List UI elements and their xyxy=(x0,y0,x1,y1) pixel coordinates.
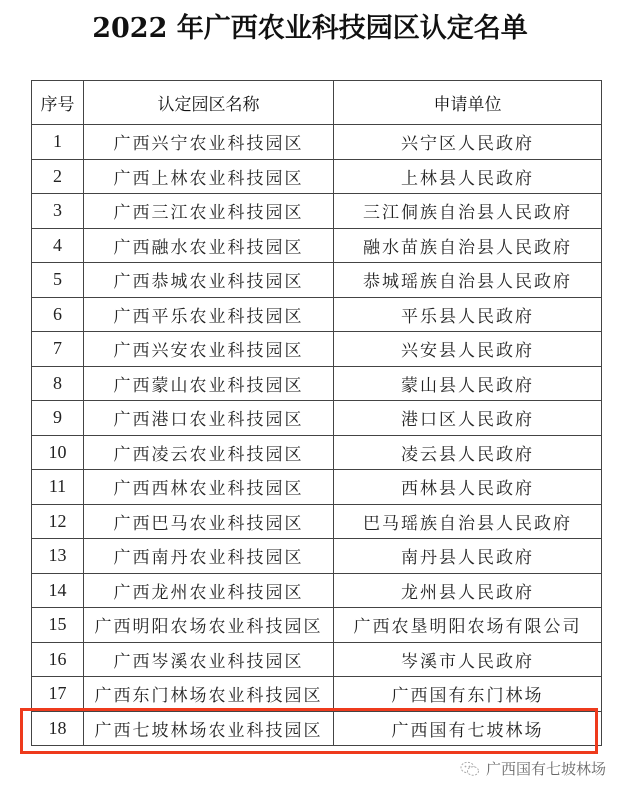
row-number: 3 xyxy=(32,194,84,229)
park-name-cell: 广西七坡林场农业科技园区 xyxy=(84,711,334,746)
table-row: 6广西平乐农业科技园区平乐县人民政府 xyxy=(32,297,602,332)
applicant-cell: 恭城瑶族自治县人民政府 xyxy=(334,263,602,298)
applicant-cell: 蒙山县人民政府 xyxy=(334,366,602,401)
park-name-cell: 广西蒙山农业科技园区 xyxy=(84,366,334,401)
header-number: 序号 xyxy=(32,81,84,125)
table-row: 3广西三江农业科技园区三江侗族自治县人民政府 xyxy=(32,194,602,229)
table-row: 5广西恭城农业科技园区恭城瑶族自治县人民政府 xyxy=(32,263,602,298)
applicant-cell: 三江侗族自治县人民政府 xyxy=(334,194,602,229)
applicant-cell: 上林县人民政府 xyxy=(334,159,602,194)
watermark-text: 广西国有七坡林场 xyxy=(486,758,606,779)
table-header-row: 序号 认定园区名称 申请单位 xyxy=(32,81,602,125)
row-number: 7 xyxy=(32,332,84,367)
park-name-cell: 广西龙州农业科技园区 xyxy=(84,573,334,608)
row-number: 5 xyxy=(32,263,84,298)
row-number: 1 xyxy=(32,125,84,160)
row-number: 13 xyxy=(32,539,84,574)
applicant-cell: 广西农垦明阳农场有限公司 xyxy=(334,608,602,643)
park-name-cell: 广西上林农业科技园区 xyxy=(84,159,334,194)
row-number: 17 xyxy=(32,677,84,712)
park-list-table: 序号 认定园区名称 申请单位 1广西兴宁农业科技园区兴宁区人民政府2广西上林农业… xyxy=(31,80,602,746)
park-name-cell: 广西融水农业科技园区 xyxy=(84,228,334,263)
table-row: 11广西西林农业科技园区西林县人民政府 xyxy=(32,470,602,505)
row-number: 12 xyxy=(32,504,84,539)
applicant-cell: 龙州县人民政府 xyxy=(334,573,602,608)
header-park-name: 认定园区名称 xyxy=(84,81,334,125)
document-title: 2022 年广西农业科技园区认定名单 xyxy=(0,6,620,45)
row-number: 8 xyxy=(32,366,84,401)
table-row: 15广西明阳农场农业科技园区广西农垦明阳农场有限公司 xyxy=(32,608,602,643)
table-row: 16广西岑溪农业科技园区岑溪市人民政府 xyxy=(32,642,602,677)
table-row: 14广西龙州农业科技园区龙州县人民政府 xyxy=(32,573,602,608)
park-name-cell: 广西三江农业科技园区 xyxy=(84,194,334,229)
watermark: 广西国有七坡林场 xyxy=(460,758,606,779)
wechat-icon xyxy=(460,761,480,777)
table-row: 12广西巴马农业科技园区巴马瑶族自治县人民政府 xyxy=(32,504,602,539)
applicant-cell: 西林县人民政府 xyxy=(334,470,602,505)
applicant-cell: 巴马瑶族自治县人民政府 xyxy=(334,504,602,539)
row-number: 14 xyxy=(32,573,84,608)
park-name-cell: 广西平乐农业科技园区 xyxy=(84,297,334,332)
row-number: 9 xyxy=(32,401,84,436)
park-name-cell: 广西巴马农业科技园区 xyxy=(84,504,334,539)
table-row: 4广西融水农业科技园区融水苗族自治县人民政府 xyxy=(32,228,602,263)
row-number: 15 xyxy=(32,608,84,643)
park-name-cell: 广西凌云农业科技园区 xyxy=(84,435,334,470)
table-row: 13广西南丹农业科技园区南丹县人民政府 xyxy=(32,539,602,574)
table-row: 1广西兴宁农业科技园区兴宁区人民政府 xyxy=(32,125,602,160)
applicant-cell: 港口区人民政府 xyxy=(334,401,602,436)
applicant-cell: 兴安县人民政府 xyxy=(334,332,602,367)
park-name-cell: 广西南丹农业科技园区 xyxy=(84,539,334,574)
row-number: 4 xyxy=(32,228,84,263)
applicant-cell: 凌云县人民政府 xyxy=(334,435,602,470)
applicant-cell: 兴宁区人民政府 xyxy=(334,125,602,160)
table-row: 2广西上林农业科技园区上林县人民政府 xyxy=(32,159,602,194)
applicant-cell: 融水苗族自治县人民政府 xyxy=(334,228,602,263)
park-name-cell: 广西东门林场农业科技园区 xyxy=(84,677,334,712)
row-number: 10 xyxy=(32,435,84,470)
table-row: 10广西凌云农业科技园区凌云县人民政府 xyxy=(32,435,602,470)
park-name-cell: 广西兴安农业科技园区 xyxy=(84,332,334,367)
park-name-cell: 广西西林农业科技园区 xyxy=(84,470,334,505)
row-number: 2 xyxy=(32,159,84,194)
applicant-cell: 南丹县人民政府 xyxy=(334,539,602,574)
applicant-cell: 平乐县人民政府 xyxy=(334,297,602,332)
table-row: 9广西港口农业科技园区港口区人民政府 xyxy=(32,401,602,436)
park-name-cell: 广西明阳农场农业科技园区 xyxy=(84,608,334,643)
applicant-cell: 广西国有七坡林场 xyxy=(334,711,602,746)
row-number: 18 xyxy=(32,711,84,746)
table-row: 18广西七坡林场农业科技园区广西国有七坡林场 xyxy=(32,711,602,746)
row-number: 16 xyxy=(32,642,84,677)
park-name-cell: 广西港口农业科技园区 xyxy=(84,401,334,436)
park-name-cell: 广西岑溪农业科技园区 xyxy=(84,642,334,677)
header-applicant: 申请单位 xyxy=(334,81,602,125)
table-row: 7广西兴安农业科技园区兴安县人民政府 xyxy=(32,332,602,367)
park-name-cell: 广西兴宁农业科技园区 xyxy=(84,125,334,160)
applicant-cell: 广西国有东门林场 xyxy=(334,677,602,712)
applicant-cell: 岑溪市人民政府 xyxy=(334,642,602,677)
row-number: 11 xyxy=(32,470,84,505)
row-number: 6 xyxy=(32,297,84,332)
table-row: 17广西东门林场农业科技园区广西国有东门林场 xyxy=(32,677,602,712)
park-name-cell: 广西恭城农业科技园区 xyxy=(84,263,334,298)
table-row: 8广西蒙山农业科技园区蒙山县人民政府 xyxy=(32,366,602,401)
